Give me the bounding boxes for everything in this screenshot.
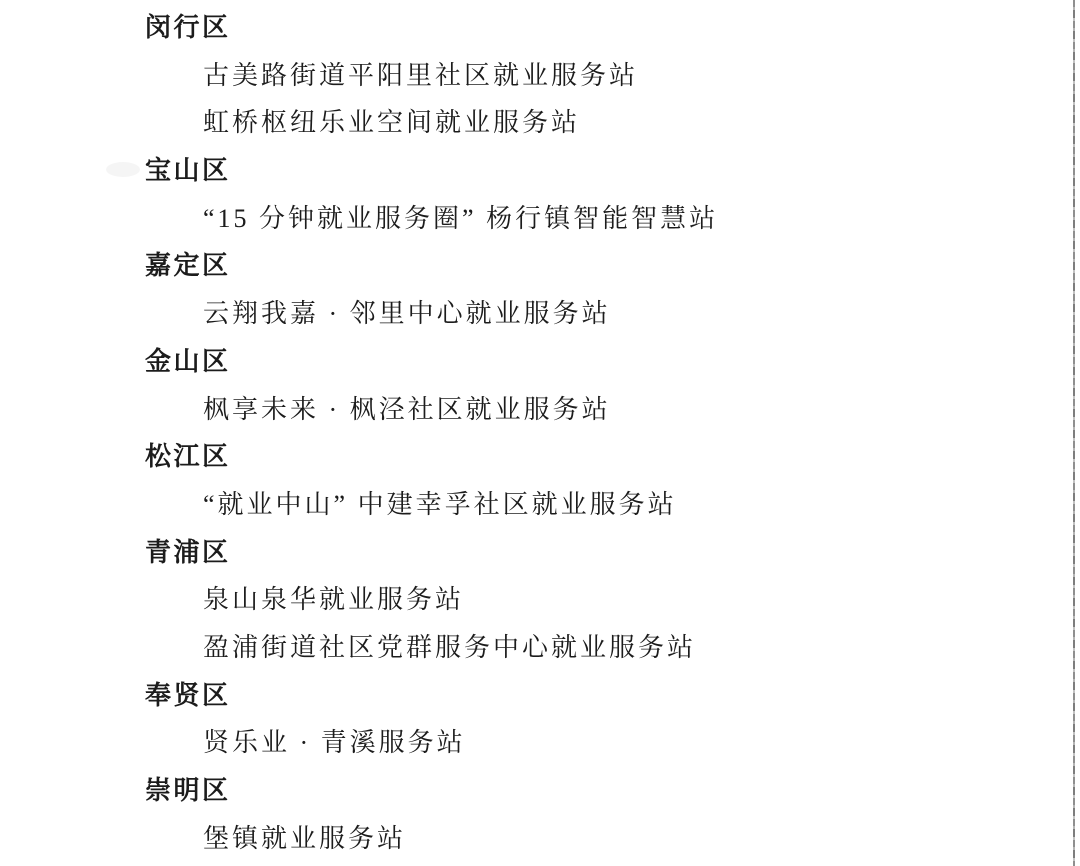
district-header-jinshan: 金山区 [0,338,1080,386]
district-header-chongming: 崇明区 [0,767,1080,815]
district-header-qingpu: 青浦区 [0,529,1080,577]
station-item: 泉山泉华就业服务站 [0,576,1080,624]
station-item: 云翔我嘉 · 邻里中心就业服务站 [0,290,1080,338]
scan-edge-line [1073,0,1075,866]
station-item: “15 分钟就业服务圈” 杨行镇智能智慧站 [0,195,1080,243]
district-header-minhang: 闵行区 [0,4,1080,52]
district-header-baoshan: 宝山区 [0,147,1080,195]
scan-smudge-artifact [106,162,140,177]
station-item: 盈浦街道社区党群服务中心就业服务站 [0,624,1080,672]
district-header-fengxian: 奉贤区 [0,672,1080,720]
station-item: “就业中山” 中建幸孚社区就业服务站 [0,481,1080,529]
station-item: 堡镇就业服务站 [0,815,1080,863]
station-item: 枫享未来 · 枫泾社区就业服务站 [0,386,1080,434]
station-item: 古美路街道平阳里社区就业服务站 [0,52,1080,100]
station-item: 虹桥枢纽乐业空间就业服务站 [0,99,1080,147]
document-page: 闵行区 古美路街道平阳里社区就业服务站 虹桥枢纽乐业空间就业服务站 宝山区 “1… [0,0,1080,866]
district-station-list: 闵行区 古美路街道平阳里社区就业服务站 虹桥枢纽乐业空间就业服务站 宝山区 “1… [0,4,1080,862]
district-header-songjiang: 松江区 [0,433,1080,481]
station-item: 贤乐业 · 青溪服务站 [0,719,1080,767]
district-header-jiading: 嘉定区 [0,242,1080,290]
